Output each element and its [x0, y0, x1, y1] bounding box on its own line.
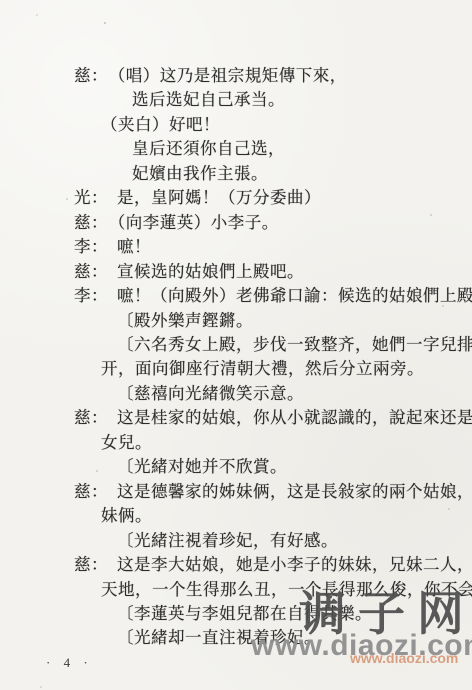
line-text: （向李蓮英）小李子。 — [117, 213, 279, 232]
line-text: 这是桂家的姑娘，你从小就認識的，說起來还是我的姪 — [117, 408, 472, 427]
script-line: （夹白）好吧！ — [0, 113, 472, 137]
line-text: （夹白）好吧！ — [101, 115, 220, 134]
script-text-block: 慈：（唱）这乃是祖宗規矩傳下來，选后选妃自己承当。（夹白）好吧！皇后还須你自己选… — [0, 64, 472, 651]
line-text: 嗻！ — [117, 237, 151, 256]
line-text: 嗻！（向殿外）老佛爺口諭：候选的姑娘們上殿。 — [117, 286, 472, 305]
line-text: 选后选妃自己承当。 — [132, 90, 285, 109]
line-text: 〔光緒对她并不欣賞。 — [117, 457, 287, 476]
speaker-name: 慈： — [74, 555, 108, 574]
speaker-name: 慈： — [74, 408, 108, 427]
page-number: · 4 · — [46, 655, 93, 671]
line-text: 这是德馨家的姊妹俩，这是長敍家的兩个姑娘，也是姊 — [117, 482, 472, 501]
line-text: 〔光緒却一直注視着珍妃。 — [117, 628, 321, 647]
speaker-name: 光： — [74, 188, 108, 207]
script-line: 〔李蓮英与李姐兒都在自得其樂。 — [0, 602, 472, 626]
speaker-name: 慈： — [74, 262, 108, 281]
script-line: 选后选妃自己承当。 — [0, 88, 472, 112]
line-text: 皇后还須你自己选， — [132, 139, 285, 158]
line-text: 这是李大姑娘，她是小李子的妹妹，兄妹二人，竟然相差 — [117, 555, 472, 574]
script-line: 皇后还須你自己选， — [0, 137, 472, 161]
line-text: 妹俩。 — [101, 506, 152, 525]
speaker-name: 慈： — [74, 482, 108, 501]
script-line: 慈：（向李蓮英）小李子。 — [0, 211, 472, 235]
script-line: 慈：这是桂家的姑娘，你从小就認識的，說起來还是我的姪 — [0, 406, 472, 430]
script-line: 开，面向御座行清朝大禮，然后分立兩旁。 — [0, 357, 472, 381]
line-text: 〔光緒注視着珍妃，有好感。 — [117, 531, 338, 550]
speaker-name: 李： — [74, 286, 108, 305]
script-line: 〔光緒却一直注視着珍妃。 — [0, 626, 472, 650]
line-text: 是，皇阿媽！（万分委曲） — [117, 188, 321, 207]
line-text: 开，面向御座行清朝大禮，然后分立兩旁。 — [101, 359, 424, 378]
line-text: 〔慈禧向光緒微笑示意。 — [117, 384, 304, 403]
script-line: 〔光緒对她并不欣賞。 — [0, 455, 472, 479]
line-text: 女兒。 — [101, 433, 152, 452]
line-text: 〔殿外樂声鏗鏘。 — [117, 311, 253, 330]
script-line: 女兒。 — [0, 431, 472, 455]
line-text: 妃嬪由我作主張。 — [132, 164, 268, 183]
script-line: 〔六名秀女上殿，步伐一致整齐，她們一字兒排 — [0, 333, 472, 357]
script-line: 慈：这是李大姑娘，她是小李子的妹妹，兄妹二人，竟然相差 — [0, 553, 472, 577]
script-line: 光：是，皇阿媽！（万分委曲） — [0, 186, 472, 210]
script-line: 妃嬪由我作主張。 — [0, 162, 472, 186]
script-line: 慈：（唱）这乃是祖宗規矩傳下來， — [0, 64, 472, 88]
script-line: 〔慈禧向光緒微笑示意。 — [0, 382, 472, 406]
script-line: 慈：宣候选的姑娘們上殿吧。 — [0, 260, 472, 284]
script-line: 慈：这是德馨家的姊妹俩，这是長敍家的兩个姑娘，也是姊 — [0, 480, 472, 504]
line-text: 〔李蓮英与李姐兒都在自得其樂。 — [117, 604, 372, 623]
speaker-name: 李： — [74, 237, 108, 256]
line-text: 宣候选的姑娘們上殿吧。 — [117, 262, 304, 281]
line-text: （唱）这乃是祖宗規矩傳下來， — [117, 66, 347, 85]
line-text: 天地，一个生得那么丑，一个長得那么俊，你不会相信吧！ — [101, 580, 472, 599]
script-line: 天地，一个生得那么丑，一个長得那么俊，你不会相信吧！ — [0, 578, 472, 602]
speaker-name: 慈： — [74, 66, 108, 85]
script-line: 妹俩。 — [0, 504, 472, 528]
watermark-ghost-url: www.diaozi.com — [350, 650, 458, 666]
script-line: 〔殿外樂声鏗鏘。 — [0, 309, 472, 333]
script-line: 李：嗻！（向殿外）老佛爺口諭：候选的姑娘們上殿。 — [0, 284, 472, 308]
speaker-name: 慈： — [74, 213, 108, 232]
line-text: 〔六名秀女上殿，步伐一致整齐，她們一字兒排 — [117, 335, 472, 354]
script-line: 李：嗻！ — [0, 235, 472, 259]
script-line: 〔光緒注視着珍妃，有好感。 — [0, 529, 472, 553]
scanned-page: 慈：（唱）这乃是祖宗規矩傳下來，选后选妃自己承当。（夹白）好吧！皇后还須你自己选… — [0, 0, 472, 690]
